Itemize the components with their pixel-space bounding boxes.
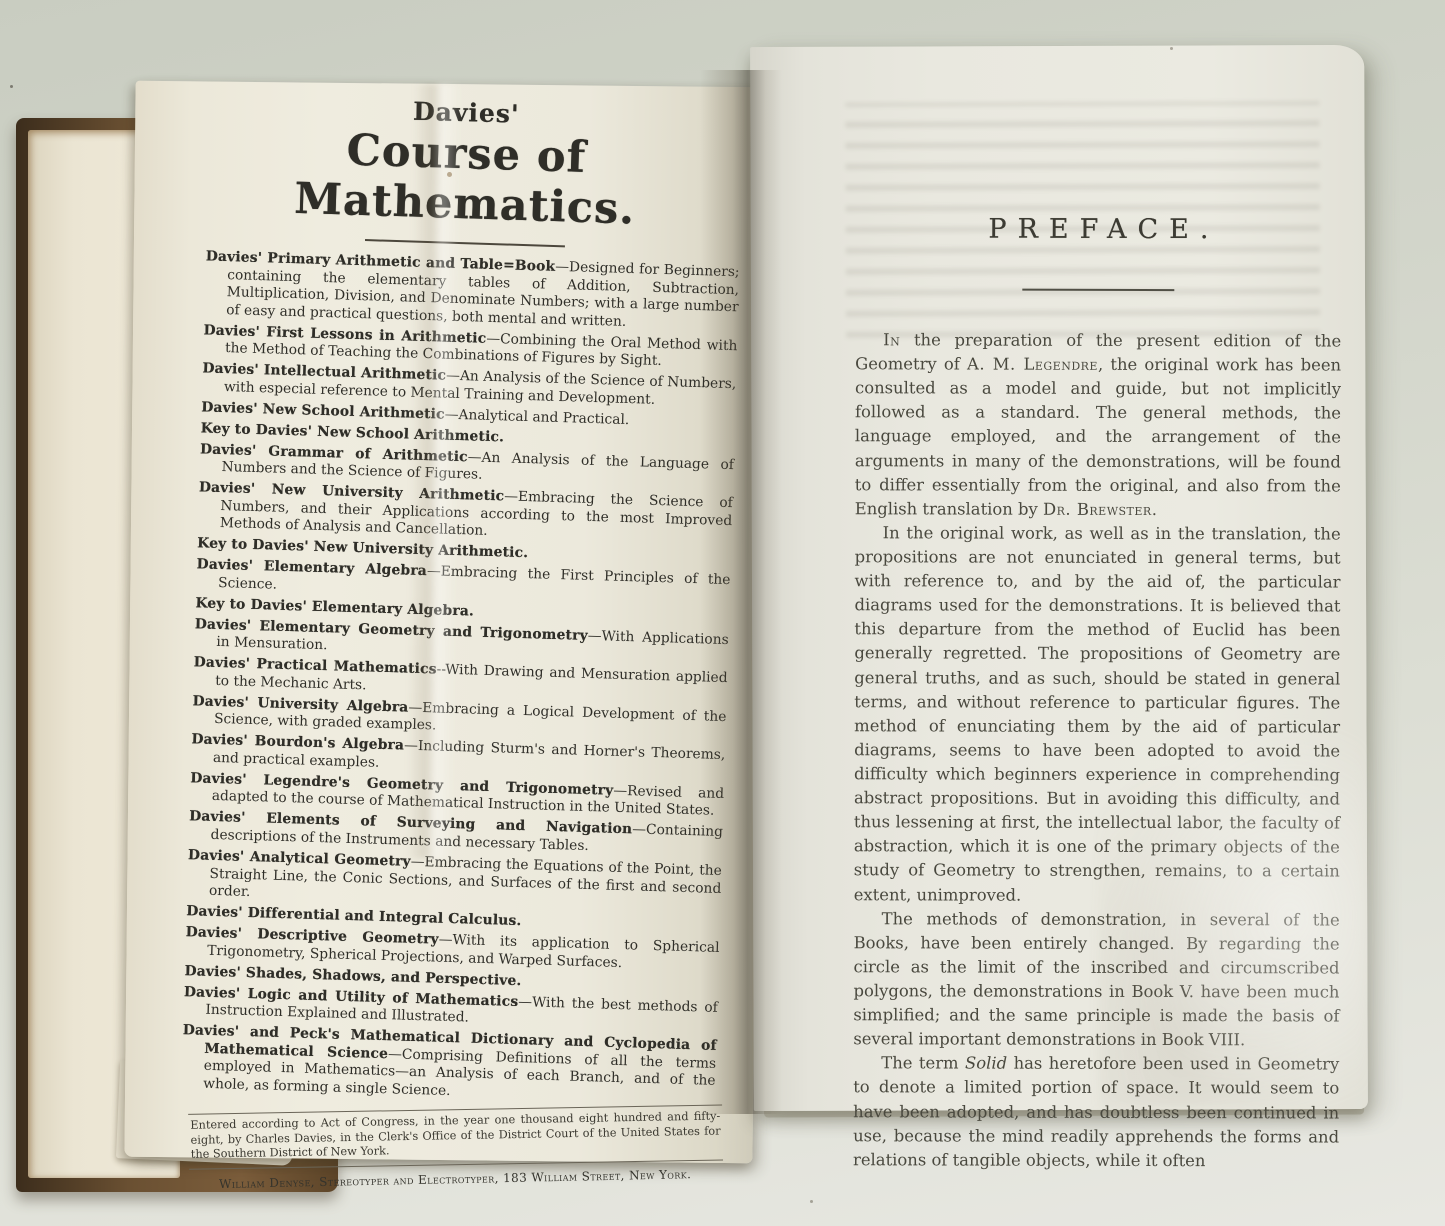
right-page: PREFACE. In the preparation of the prese…: [750, 45, 1368, 1111]
series-title: Course of Mathematics.: [197, 121, 734, 238]
paragraph-text: .: [1152, 500, 1157, 519]
preface-paragraph: The term Solid has heretofore been used …: [853, 1052, 1339, 1174]
right-page-content: PREFACE. In the preparation of the prese…: [853, 165, 1342, 1173]
person-name: Dr. Brewster: [1043, 499, 1152, 518]
preface-paragraph: In the original work, as well as in the …: [854, 521, 1341, 908]
person-name: A. M. Legendre: [967, 355, 1098, 374]
dust-speck: [10, 85, 13, 88]
preface-title: PREFACE.: [855, 213, 1341, 245]
catalog-item-title: Davies' New School Arithmetic: [201, 399, 445, 422]
title-rule: [365, 239, 565, 247]
preface-rule: [1022, 289, 1174, 291]
catalog-item-desc: —Analytical and Practical.: [444, 406, 629, 427]
copyright-notice: Entered according to Act of Congress, in…: [188, 1105, 723, 1170]
catalog-list: Davies' Primary Arithmetic and Table=Boo…: [181, 248, 740, 1108]
left-page: Davies' Course of Mathematics. Davies' P…: [124, 81, 763, 1164]
left-page-content: Davies' Course of Mathematics. Davies' P…: [188, 95, 733, 1189]
printer-imprint: William Denyse, Stereotyper and Electrot…: [188, 1167, 722, 1192]
preface-paragraph: The methods of demonstration, in several…: [853, 907, 1339, 1053]
lead-word: In: [883, 330, 900, 349]
paragraph-text: , the original work has been consulted a…: [855, 355, 1341, 519]
preface-paragraph: In the preparation of the present editio…: [855, 328, 1342, 522]
italic-term: Solid: [965, 1054, 1007, 1073]
catalog-item: Davies' Primary Arithmetic and Table=Boo…: [204, 248, 740, 334]
catalog-item-title: Key to Davies' Elementary Algebra.: [195, 595, 474, 619]
catalog-item: Davies' and Peck's Mathematical Dictiona…: [181, 1022, 717, 1108]
paragraph-text: The term: [881, 1054, 965, 1073]
